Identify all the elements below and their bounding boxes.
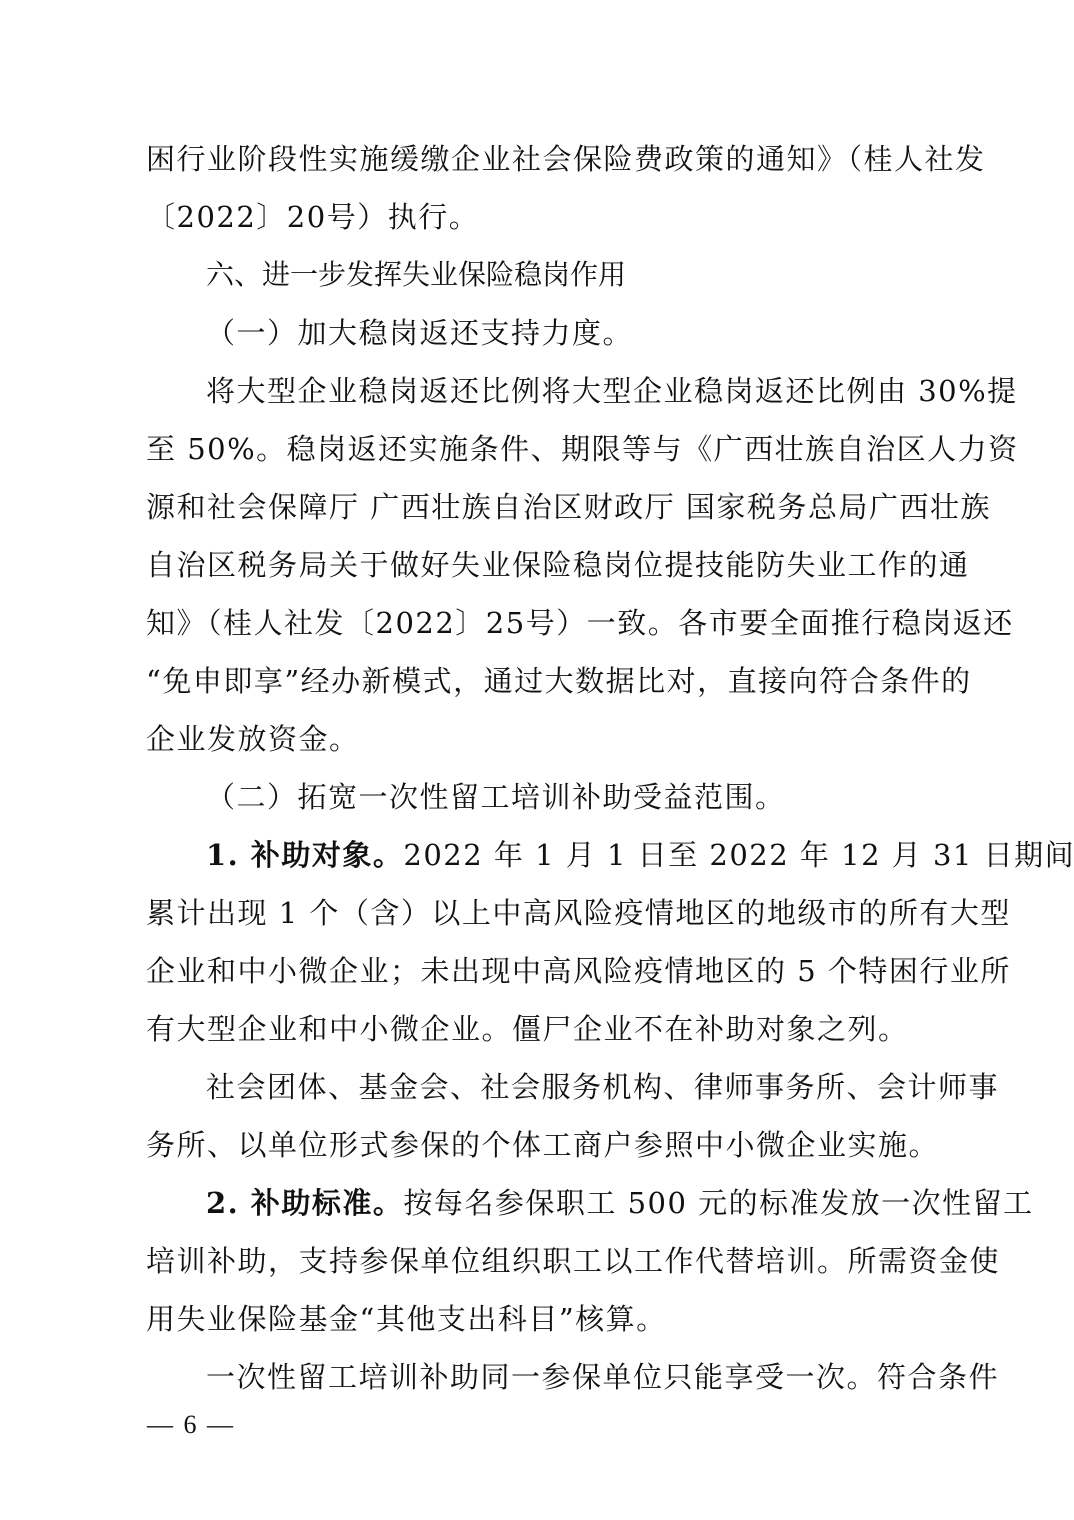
item-lead: 2. 补助标准。 — [206, 1186, 403, 1220]
paragraph-line: 累计出现 1 个（含）以上中高风险疫情地区的地级市的所有大型 — [146, 884, 1011, 942]
paragraph-line: 有大型企业和中小微企业。僵尸企业不在补助对象之列。 — [146, 1000, 909, 1058]
paragraph-line: 用失业保险基金“其他支出科目”核算。 — [146, 1290, 667, 1348]
paragraph-line: 源和社会保障厅 广西壮族自治区财政厅 国家税务总局广西壮族 — [146, 478, 991, 536]
paragraph-line: 企业发放资金。 — [146, 710, 360, 768]
paragraph-line: 培训补助，支持参保单位组织职工以工作代替培训。所需资金使 — [146, 1232, 1000, 1290]
paragraph-line: “免申即享”经办新模式，通过大数据比对，直接向符合条件的 — [146, 652, 972, 710]
item-text: 2022 年 1 月 1 日至 2022 年 12 月 31 日期间， — [403, 838, 1074, 872]
paragraph-line: 自治区税务局关于做好失业保险稳岗位提技能防失业工作的通 — [146, 536, 970, 594]
paragraph-line: 将大型企业稳岗返还比例将大型企业稳岗返还比例由 30%提 — [206, 362, 1018, 420]
subsection-heading: （一）加大稳岗返还支持力度。 — [206, 304, 633, 362]
paragraph-line: 1. 补助对象。2022 年 1 月 1 日至 2022 年 12 月 31 日… — [206, 826, 1074, 884]
paragraph-line: 至 50%。稳岗返还实施条件、期限等与《广西壮族自治区人力资 — [146, 420, 1019, 478]
paragraph-line: 企业和中小微企业；未出现中高风险疫情地区的 5 个特困行业所 — [146, 942, 1011, 1000]
paragraph-line: 2. 补助标准。按每名参保职工 500 元的标准发放一次性留工 — [206, 1174, 1034, 1232]
paragraph-line: 一次性留工培训补助同一参保单位只能享受一次。符合条件 — [206, 1348, 999, 1406]
section-heading: 六、进一步发挥失业保险稳岗作用 — [206, 246, 626, 304]
paragraph-line: 〔2022〕20号）执行。 — [146, 188, 479, 246]
paragraph-line: 社会团体、基金会、社会服务机构、律师事务所、会计师事 — [206, 1058, 999, 1116]
paragraph-line: 知》（桂人社发〔2022〕25号）一致。各市要全面推行稳岗返还 — [146, 594, 1014, 652]
paragraph-line: 困行业阶段性实施缓缴企业社会保险费政策的通知》（桂人社发 — [146, 130, 986, 188]
page-number: — 6 — — [147, 1410, 235, 1440]
subsection-heading: （二）拓宽一次性留工培训补助受益范围。 — [206, 768, 786, 826]
item-text: 按每名参保职工 500 元的标准发放一次性留工 — [403, 1186, 1033, 1220]
paragraph-line: 务所、以单位形式参保的个体工商户参照中小微企业实施。 — [146, 1116, 939, 1174]
item-lead: 1. 补助对象。 — [206, 838, 403, 872]
